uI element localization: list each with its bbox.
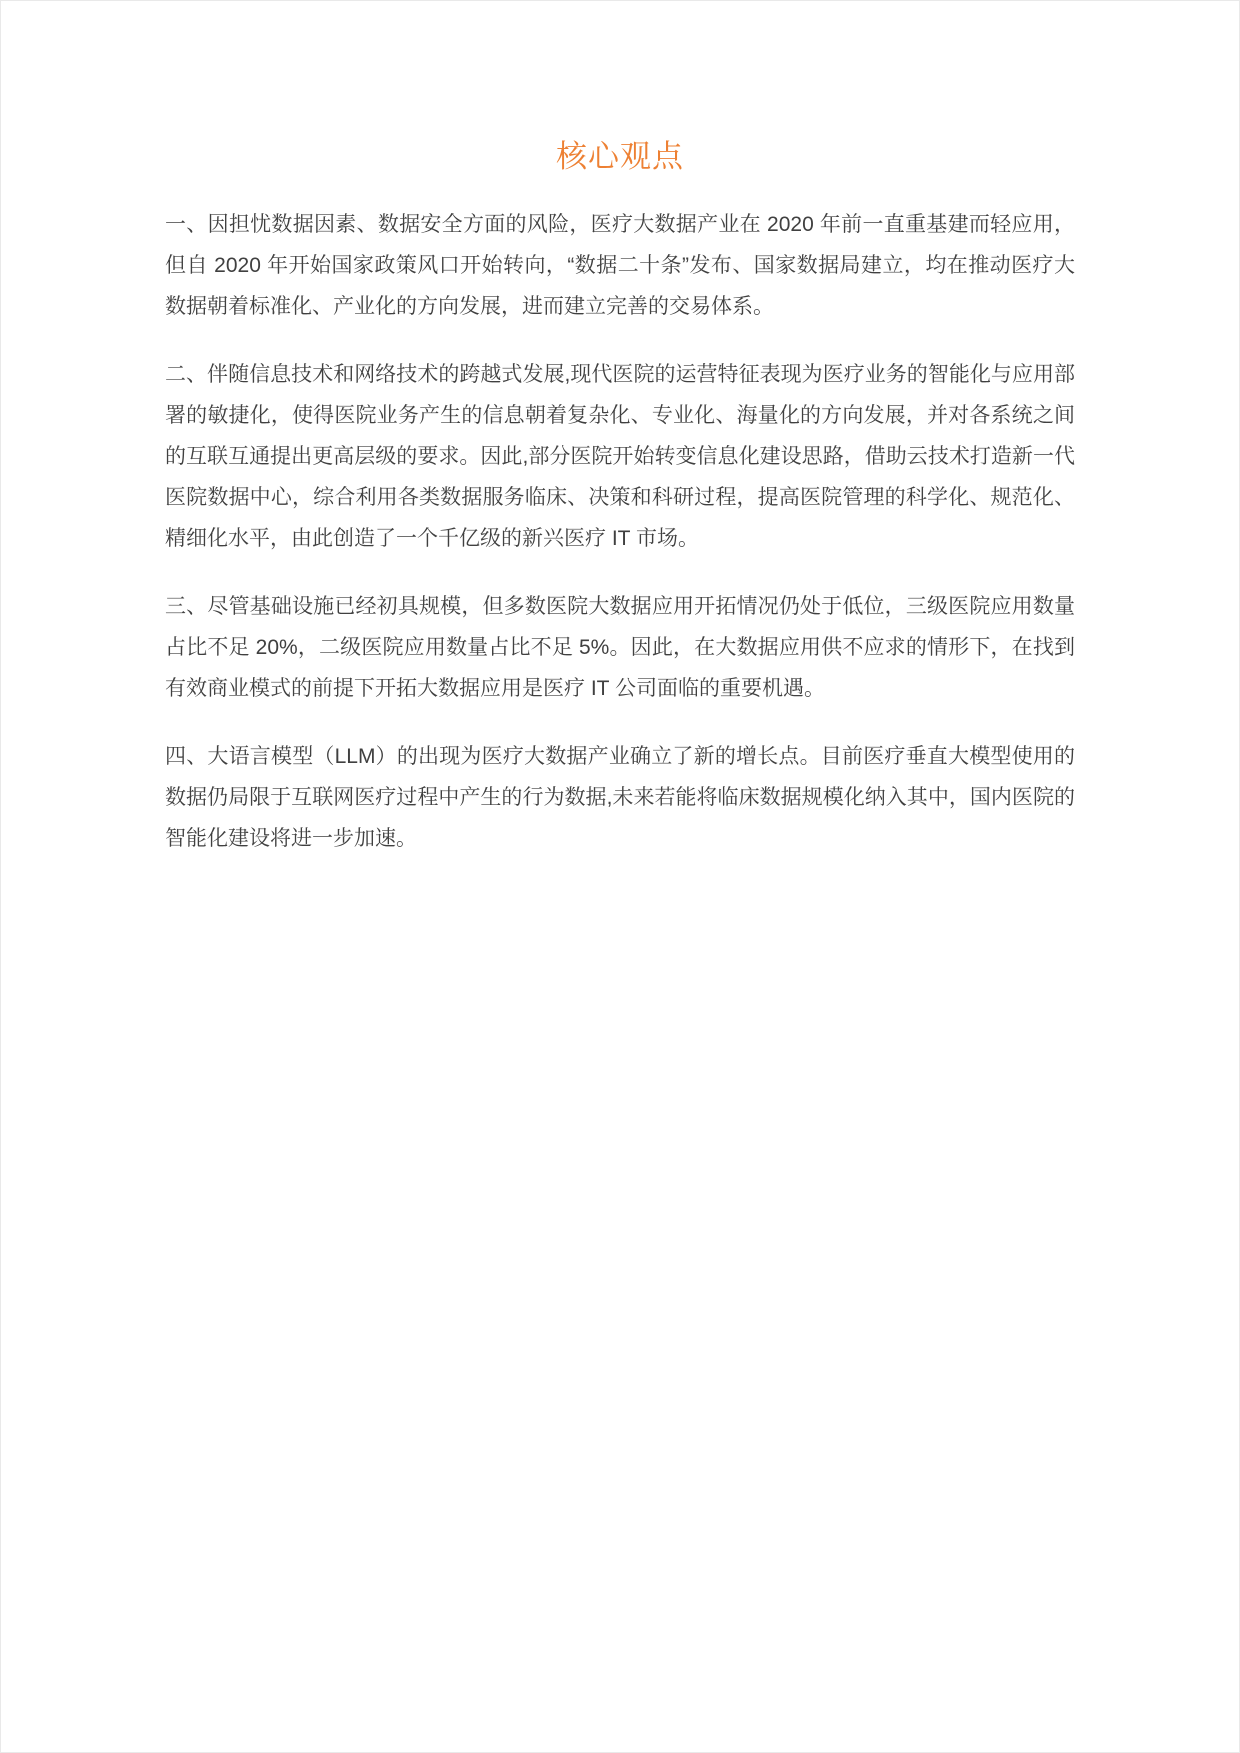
paragraph-3: 三、尽管基础设施已经初具规模，但多数医院大数据应用开拓情况仍处于低位，三级医院应…: [165, 586, 1075, 709]
paragraph-list: 一、因担忧数据因素、数据安全方面的风险，医疗大数据产业在 2020 年前一直重基…: [165, 204, 1075, 859]
paragraph-4: 四、大语言模型（LLM）的出现为医疗大数据产业确立了新的增长点。目前医疗垂直大模…: [165, 736, 1075, 859]
document-page: 核心观点 一、因担忧数据因素、数据安全方面的风险，医疗大数据产业在 2020 年…: [0, 0, 1240, 1753]
paragraph-2: 二、伴随信息技术和网络技术的跨越式发展,现代医院的运营特征表现为医疗业务的智能化…: [165, 354, 1075, 559]
document-content: 核心观点 一、因担忧数据因素、数据安全方面的风险，医疗大数据产业在 2020 年…: [1, 1, 1239, 859]
page-title: 核心观点: [165, 1, 1075, 178]
paragraph-1: 一、因担忧数据因素、数据安全方面的风险，医疗大数据产业在 2020 年前一直重基…: [165, 204, 1075, 327]
